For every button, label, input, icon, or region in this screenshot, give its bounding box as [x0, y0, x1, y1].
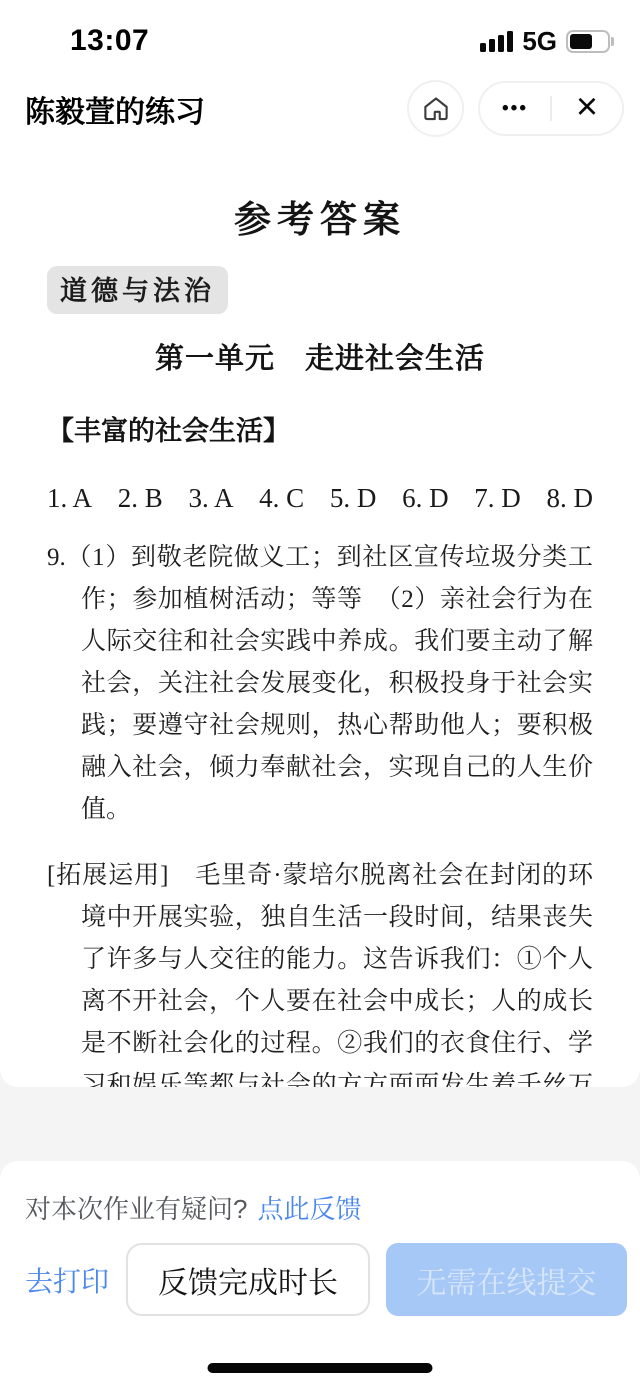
home-indicator-handle[interactable]: [208, 1363, 433, 1373]
clock: 13:07: [70, 24, 149, 58]
subject-badge: 道德与法治: [47, 266, 228, 314]
section-divider-band: [0, 1087, 640, 1161]
more-button[interactable]: •••: [480, 83, 550, 134]
close-icon: ×: [576, 88, 598, 126]
network-type-label: 5G: [522, 26, 557, 57]
battery-fill: [570, 34, 592, 49]
question-9-answer: 9.（1）到敬老院做义工；到社区宣传垃圾分类工作；参加植树活动；等等 （2）亲社…: [47, 537, 593, 831]
feedback-duration-button[interactable]: 反馈完成时长: [126, 1243, 370, 1316]
unit-title: 第一单元 走进社会生活: [47, 336, 593, 377]
action-buttons-row: 去打印 反馈完成时长 无需在线提交: [25, 1243, 627, 1316]
no-online-submit-button[interactable]: 无需在线提交: [386, 1243, 627, 1316]
answer-page: 参考答案 道德与法治 第一单元 走进社会生活 【丰富的社会生活】 1. A 2.…: [0, 143, 640, 1087]
print-button[interactable]: 去打印: [25, 1260, 109, 1300]
choice-answers-row: 1. A 2. B 3. A 4. C 5. D 6. D 7. D 8. D: [47, 483, 593, 514]
app-header: 陈毅萱的练习 ••• ×: [0, 62, 640, 143]
answer-item: 3. A: [188, 483, 233, 514]
answer-item: 4. C: [259, 483, 304, 514]
expansion-answer: [拓展运用] 毛里奇·蒙培尔脱离社会在封闭的环境中开展实验，独自生活一段时间，结…: [47, 855, 593, 1087]
answer-item: 2. B: [118, 483, 163, 514]
bottom-action-panel: 对本次作业有疑问?点此反馈 去打印 反馈完成时长 无需在线提交: [0, 1161, 640, 1385]
status-icons: 5G: [480, 26, 614, 57]
answer-item: 6. D: [402, 483, 449, 514]
content-sheet: 13:07 5G 陈毅萱的练习 ••• × 参考答案: [0, 0, 640, 1087]
feedback-link[interactable]: 点此反馈: [257, 1194, 361, 1224]
capsule-menu: ••• ×: [478, 81, 624, 136]
home-icon: [421, 94, 451, 124]
home-button[interactable]: [407, 80, 464, 137]
status-bar: 13:07 5G: [0, 0, 640, 62]
signal-strength-icon: [480, 30, 513, 52]
section-title: 【丰富的社会生活】: [47, 409, 593, 448]
answers-heading: 参考答案: [47, 189, 593, 243]
answer-item: 8. D: [546, 483, 593, 514]
answer-item: 5. D: [330, 483, 377, 514]
battery-icon: [566, 30, 614, 53]
close-button[interactable]: ×: [552, 83, 622, 134]
answer-item: 7. D: [474, 483, 521, 514]
ellipsis-icon: •••: [502, 99, 528, 118]
feedback-line: 对本次作业有疑问?点此反馈: [0, 1161, 640, 1226]
answer-item: 1. A: [47, 483, 92, 514]
page-title: 陈毅萱的练习: [25, 87, 407, 131]
feedback-question-text: 对本次作业有疑问?: [25, 1194, 247, 1224]
